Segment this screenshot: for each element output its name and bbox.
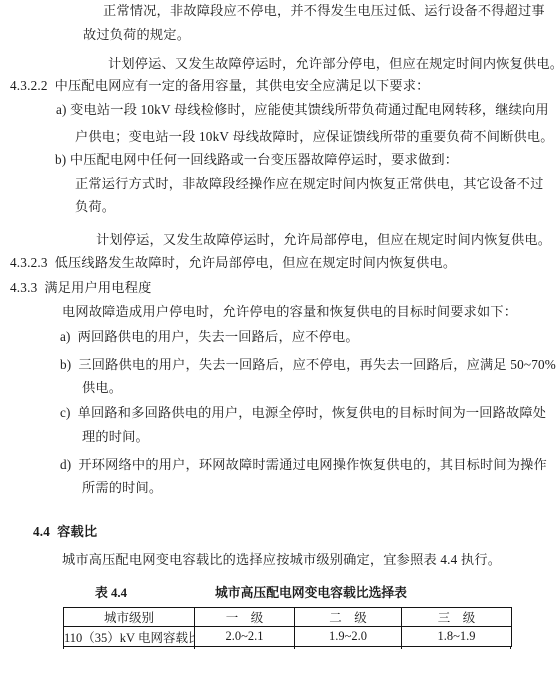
- para-planned-outage: 计划停运、又发生故障停运时，允许部分停电，但应在规定时间内恢复供电。: [108, 57, 560, 71]
- capacity-ratio-table: 城市级别 一 级 二 级 三 级 110（35）kV 电网容载比 2.0~2.1…: [63, 607, 512, 647]
- item-b-sub1-line1: 正常运行方式时，非故障段经操作应在规定时间内恢复正常供电，其它设备不过: [75, 177, 544, 191]
- heading-4-3-2-3: 4.3.2.3 低压线路发生故障时，允许局部停电，但应在规定时间内恢复供电。: [10, 256, 456, 270]
- list-item-c-line1: c) 单回路和多回路供电的用户，电源全停时，恢复供电的目标时间为一回路故障处: [60, 406, 546, 420]
- table-cell-level-3-value: 1.8~1.9: [402, 627, 512, 647]
- para-4-4-intro: 城市高压配电网变电容载比的选择应按城市级别确定，宜参照表 4.4 执行。: [62, 553, 501, 567]
- item-b: b) 中压配电网中任何一回线路或一台变压器故障停运时，要求做到：: [55, 153, 458, 167]
- table-cutoff-line: [510, 646, 511, 649]
- table-row: 110（35）kV 电网容载比 2.0~2.1 1.9~2.0 1.8~1.9: [64, 627, 512, 647]
- item-a-line2: 户供电；变电站一段 10kV 母线故障时，应保证馈线所带的重要负荷不间断供电。: [75, 130, 554, 144]
- para-normal-condition-line1: 正常情况，非故障段应不停电，并不得发生电压过低、运行设备不得超过事: [103, 4, 545, 18]
- table-header-row: 城市级别 一 级 二 级 三 级: [64, 608, 512, 627]
- table-cell-level-2-value: 1.9~2.0: [295, 627, 402, 647]
- heading-4-3-2-2: 4.3.2.2 中压配电网应有一定的备用容量，其供电安全应满足以下要求：: [10, 79, 430, 93]
- table-header-level-2: 二 级: [295, 608, 402, 627]
- table-cell-level-1-value: 2.0~2.1: [195, 627, 295, 647]
- item-b-sub1-line2: 负荷。: [75, 200, 115, 214]
- table-cell-grid-label: 110（35）kV 电网容载比: [64, 627, 195, 647]
- list-item-b-line1: b) 三回路供电的用户，失去一回路后，应不停电，再失去一回路后，应满足 50~7…: [60, 358, 556, 372]
- table-header-level-1: 一 级: [195, 608, 295, 627]
- table-cutoff-line: [194, 646, 195, 649]
- table-cutoff-line: [294, 646, 295, 649]
- list-item-a: a) 两回路供电的用户，失去一回路后，应不停电。: [60, 330, 359, 344]
- list-item-d-line2: 所需的时间。: [82, 481, 162, 495]
- document-page: 正常情况，非故障段应不停电，并不得发生电压过低、运行设备不得超过事 故过负荷的规…: [0, 0, 560, 677]
- table-header-city-level: 城市级别: [64, 608, 195, 627]
- heading-4-4: 4.4 容载比: [33, 525, 97, 539]
- table-caption-label: 表 4.4: [95, 586, 127, 600]
- item-a-line1: a) 变电站一段 10kV 母线检修时，应能使其馈线所带负荷通过配电网转移，继续…: [56, 103, 549, 117]
- para-normal-condition-line2: 故过负荷的规定。: [83, 28, 190, 42]
- table-caption-title: 城市高压配电网变电容载比选择表: [215, 586, 407, 600]
- para-4-3-3-intro: 电网故障造成用户停电时，允许停电的容量和恢复供电的目标时间要求如下：: [62, 305, 517, 319]
- list-item-d-line1: d) 开环网络中的用户，环网故障时需通过电网操作恢复供电的，其目标时间为操作: [60, 458, 547, 472]
- table-cutoff-line: [401, 646, 402, 649]
- list-item-b-line2: 供电。: [82, 381, 122, 395]
- item-b-sub2: 计划停运，又发生故障停运时，允许局部停电，但应在规定时间内恢复供电。: [96, 233, 551, 247]
- heading-4-3-3: 4.3.3 满足用户用电程度: [10, 281, 151, 295]
- table-cutoff-line: [63, 646, 64, 649]
- table-header-level-3: 三 级: [402, 608, 512, 627]
- list-item-c-line2: 理的时间。: [82, 430, 149, 444]
